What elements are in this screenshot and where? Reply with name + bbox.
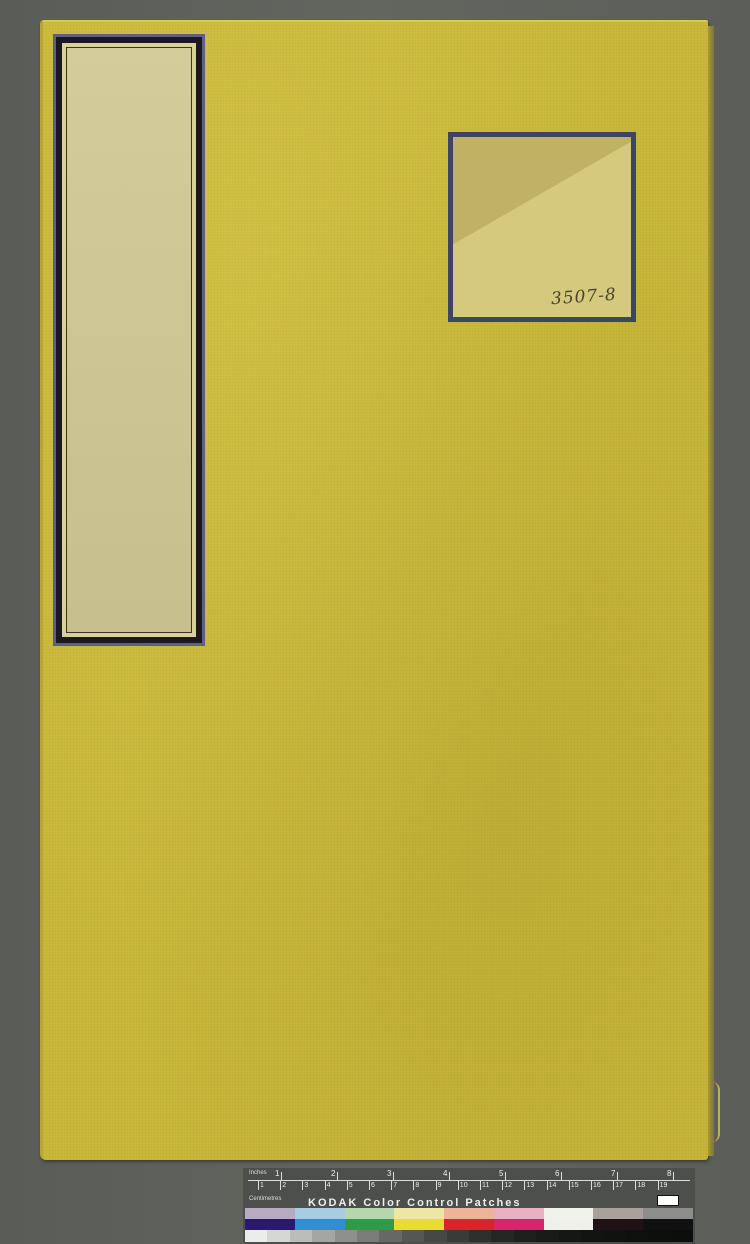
gray-step bbox=[357, 1230, 379, 1242]
cm-tick-label: 9 bbox=[438, 1182, 442, 1189]
gray-step bbox=[312, 1230, 334, 1242]
inch-tick-label: 7 bbox=[611, 1169, 615, 1178]
color-patch-brown bbox=[593, 1208, 643, 1230]
page-edge bbox=[708, 26, 714, 1156]
color-patch-green bbox=[345, 1208, 395, 1230]
gray-step bbox=[536, 1230, 558, 1242]
gray-step bbox=[604, 1230, 626, 1242]
cm-tick bbox=[658, 1181, 659, 1190]
inches-label: Inches bbox=[249, 1170, 267, 1176]
cm-tick-label: 8 bbox=[415, 1182, 419, 1189]
gray-step bbox=[648, 1230, 670, 1242]
cm-tick-label: 13 bbox=[526, 1182, 534, 1189]
cm-tick bbox=[280, 1181, 281, 1190]
inch-tick bbox=[673, 1172, 674, 1180]
title-slip-border bbox=[62, 43, 196, 637]
inch-tick-label: 4 bbox=[443, 1169, 447, 1178]
gray-step bbox=[335, 1230, 357, 1242]
cm-tick-label: 12 bbox=[504, 1182, 512, 1189]
color-patches bbox=[245, 1208, 693, 1230]
cm-tick bbox=[591, 1181, 592, 1190]
catalog-label-paper: 3507-8 bbox=[453, 137, 631, 317]
cm-tick bbox=[325, 1181, 326, 1190]
cm-tick-label: 19 bbox=[660, 1182, 668, 1189]
cm-tick bbox=[613, 1181, 614, 1190]
inch-tick-label: 3 bbox=[387, 1169, 391, 1178]
inch-tick-label: 8 bbox=[667, 1169, 671, 1178]
gray-step bbox=[559, 1230, 581, 1242]
inch-tick bbox=[449, 1172, 450, 1180]
inch-tick-label: 6 bbox=[555, 1169, 559, 1178]
gray-scale bbox=[245, 1230, 693, 1242]
gray-step bbox=[469, 1230, 491, 1242]
cm-tick-label: 15 bbox=[571, 1182, 579, 1189]
cm-tick bbox=[569, 1181, 570, 1190]
inch-tick bbox=[393, 1172, 394, 1180]
cm-tick bbox=[347, 1181, 348, 1190]
inch-tick bbox=[561, 1172, 562, 1180]
gray-step bbox=[581, 1230, 603, 1242]
cm-tick bbox=[524, 1181, 525, 1190]
cm-tick bbox=[502, 1181, 503, 1190]
cm-tick-label: 5 bbox=[349, 1182, 353, 1189]
cm-tick-label: 16 bbox=[593, 1182, 601, 1189]
gray-step bbox=[379, 1230, 401, 1242]
inch-tick-label: 5 bbox=[499, 1169, 503, 1178]
cm-tick-label: 14 bbox=[549, 1182, 557, 1189]
inch-tick bbox=[505, 1172, 506, 1180]
cm-tick-label: 2 bbox=[282, 1182, 286, 1189]
kodak-logo-icon bbox=[657, 1195, 679, 1206]
inch-tick bbox=[337, 1172, 338, 1180]
cm-tick-label: 18 bbox=[637, 1182, 645, 1189]
cm-tick-label: 10 bbox=[460, 1182, 468, 1189]
gray-step bbox=[245, 1230, 267, 1242]
cm-tick-label: 17 bbox=[615, 1182, 623, 1189]
gray-step bbox=[626, 1230, 648, 1242]
cm-tick-label: 4 bbox=[327, 1182, 331, 1189]
inch-tick bbox=[281, 1172, 282, 1180]
cm-tick bbox=[480, 1181, 481, 1190]
gray-step bbox=[290, 1230, 312, 1242]
cm-tick bbox=[369, 1181, 370, 1190]
gray-step bbox=[491, 1230, 513, 1242]
cm-tick-label: 6 bbox=[371, 1182, 375, 1189]
inch-tick-label: 1 bbox=[275, 1169, 279, 1178]
kodak-color-target: Inches Centimetres 123456781234567891011… bbox=[243, 1168, 695, 1244]
gray-step bbox=[447, 1230, 469, 1242]
cm-tick-label: 11 bbox=[482, 1182, 489, 1189]
title-slip-paper bbox=[66, 47, 192, 633]
gray-step bbox=[402, 1230, 424, 1242]
color-patch-black bbox=[643, 1208, 693, 1230]
cm-tick bbox=[436, 1181, 437, 1190]
cm-tick bbox=[391, 1181, 392, 1190]
catalog-number: 3507-8 bbox=[551, 285, 618, 310]
inch-tick-label: 2 bbox=[331, 1169, 335, 1178]
cm-tick bbox=[413, 1181, 414, 1190]
cm-tick bbox=[302, 1181, 303, 1190]
color-patch-cyan bbox=[295, 1208, 345, 1230]
color-patch-yellow bbox=[394, 1208, 444, 1230]
gray-step bbox=[267, 1230, 289, 1242]
cm-tick-label: 7 bbox=[393, 1182, 397, 1189]
gray-step bbox=[671, 1230, 693, 1242]
gray-step bbox=[424, 1230, 446, 1242]
kodak-brand-text: KODAK Color Control Patches bbox=[308, 1197, 522, 1207]
title-slip bbox=[53, 34, 205, 646]
inch-tick bbox=[617, 1172, 618, 1180]
book-cover: 3507-8 bbox=[40, 20, 708, 1160]
cm-tick bbox=[635, 1181, 636, 1190]
cm-tick-label: 1 bbox=[260, 1182, 264, 1189]
centimetres-label: Centimetres bbox=[249, 1196, 281, 1202]
color-patch-white bbox=[544, 1208, 594, 1230]
ruler-line bbox=[248, 1180, 690, 1181]
catalog-label: 3507-8 bbox=[448, 132, 636, 322]
gray-step bbox=[514, 1230, 536, 1242]
binding-thread bbox=[706, 1082, 720, 1142]
cm-tick bbox=[458, 1181, 459, 1190]
color-patch-magenta bbox=[494, 1208, 544, 1230]
cm-tick bbox=[258, 1181, 259, 1190]
cm-tick bbox=[547, 1181, 548, 1190]
cm-tick-label: 3 bbox=[304, 1182, 308, 1189]
color-patch-blue bbox=[245, 1208, 295, 1230]
color-patch-red bbox=[444, 1208, 494, 1230]
